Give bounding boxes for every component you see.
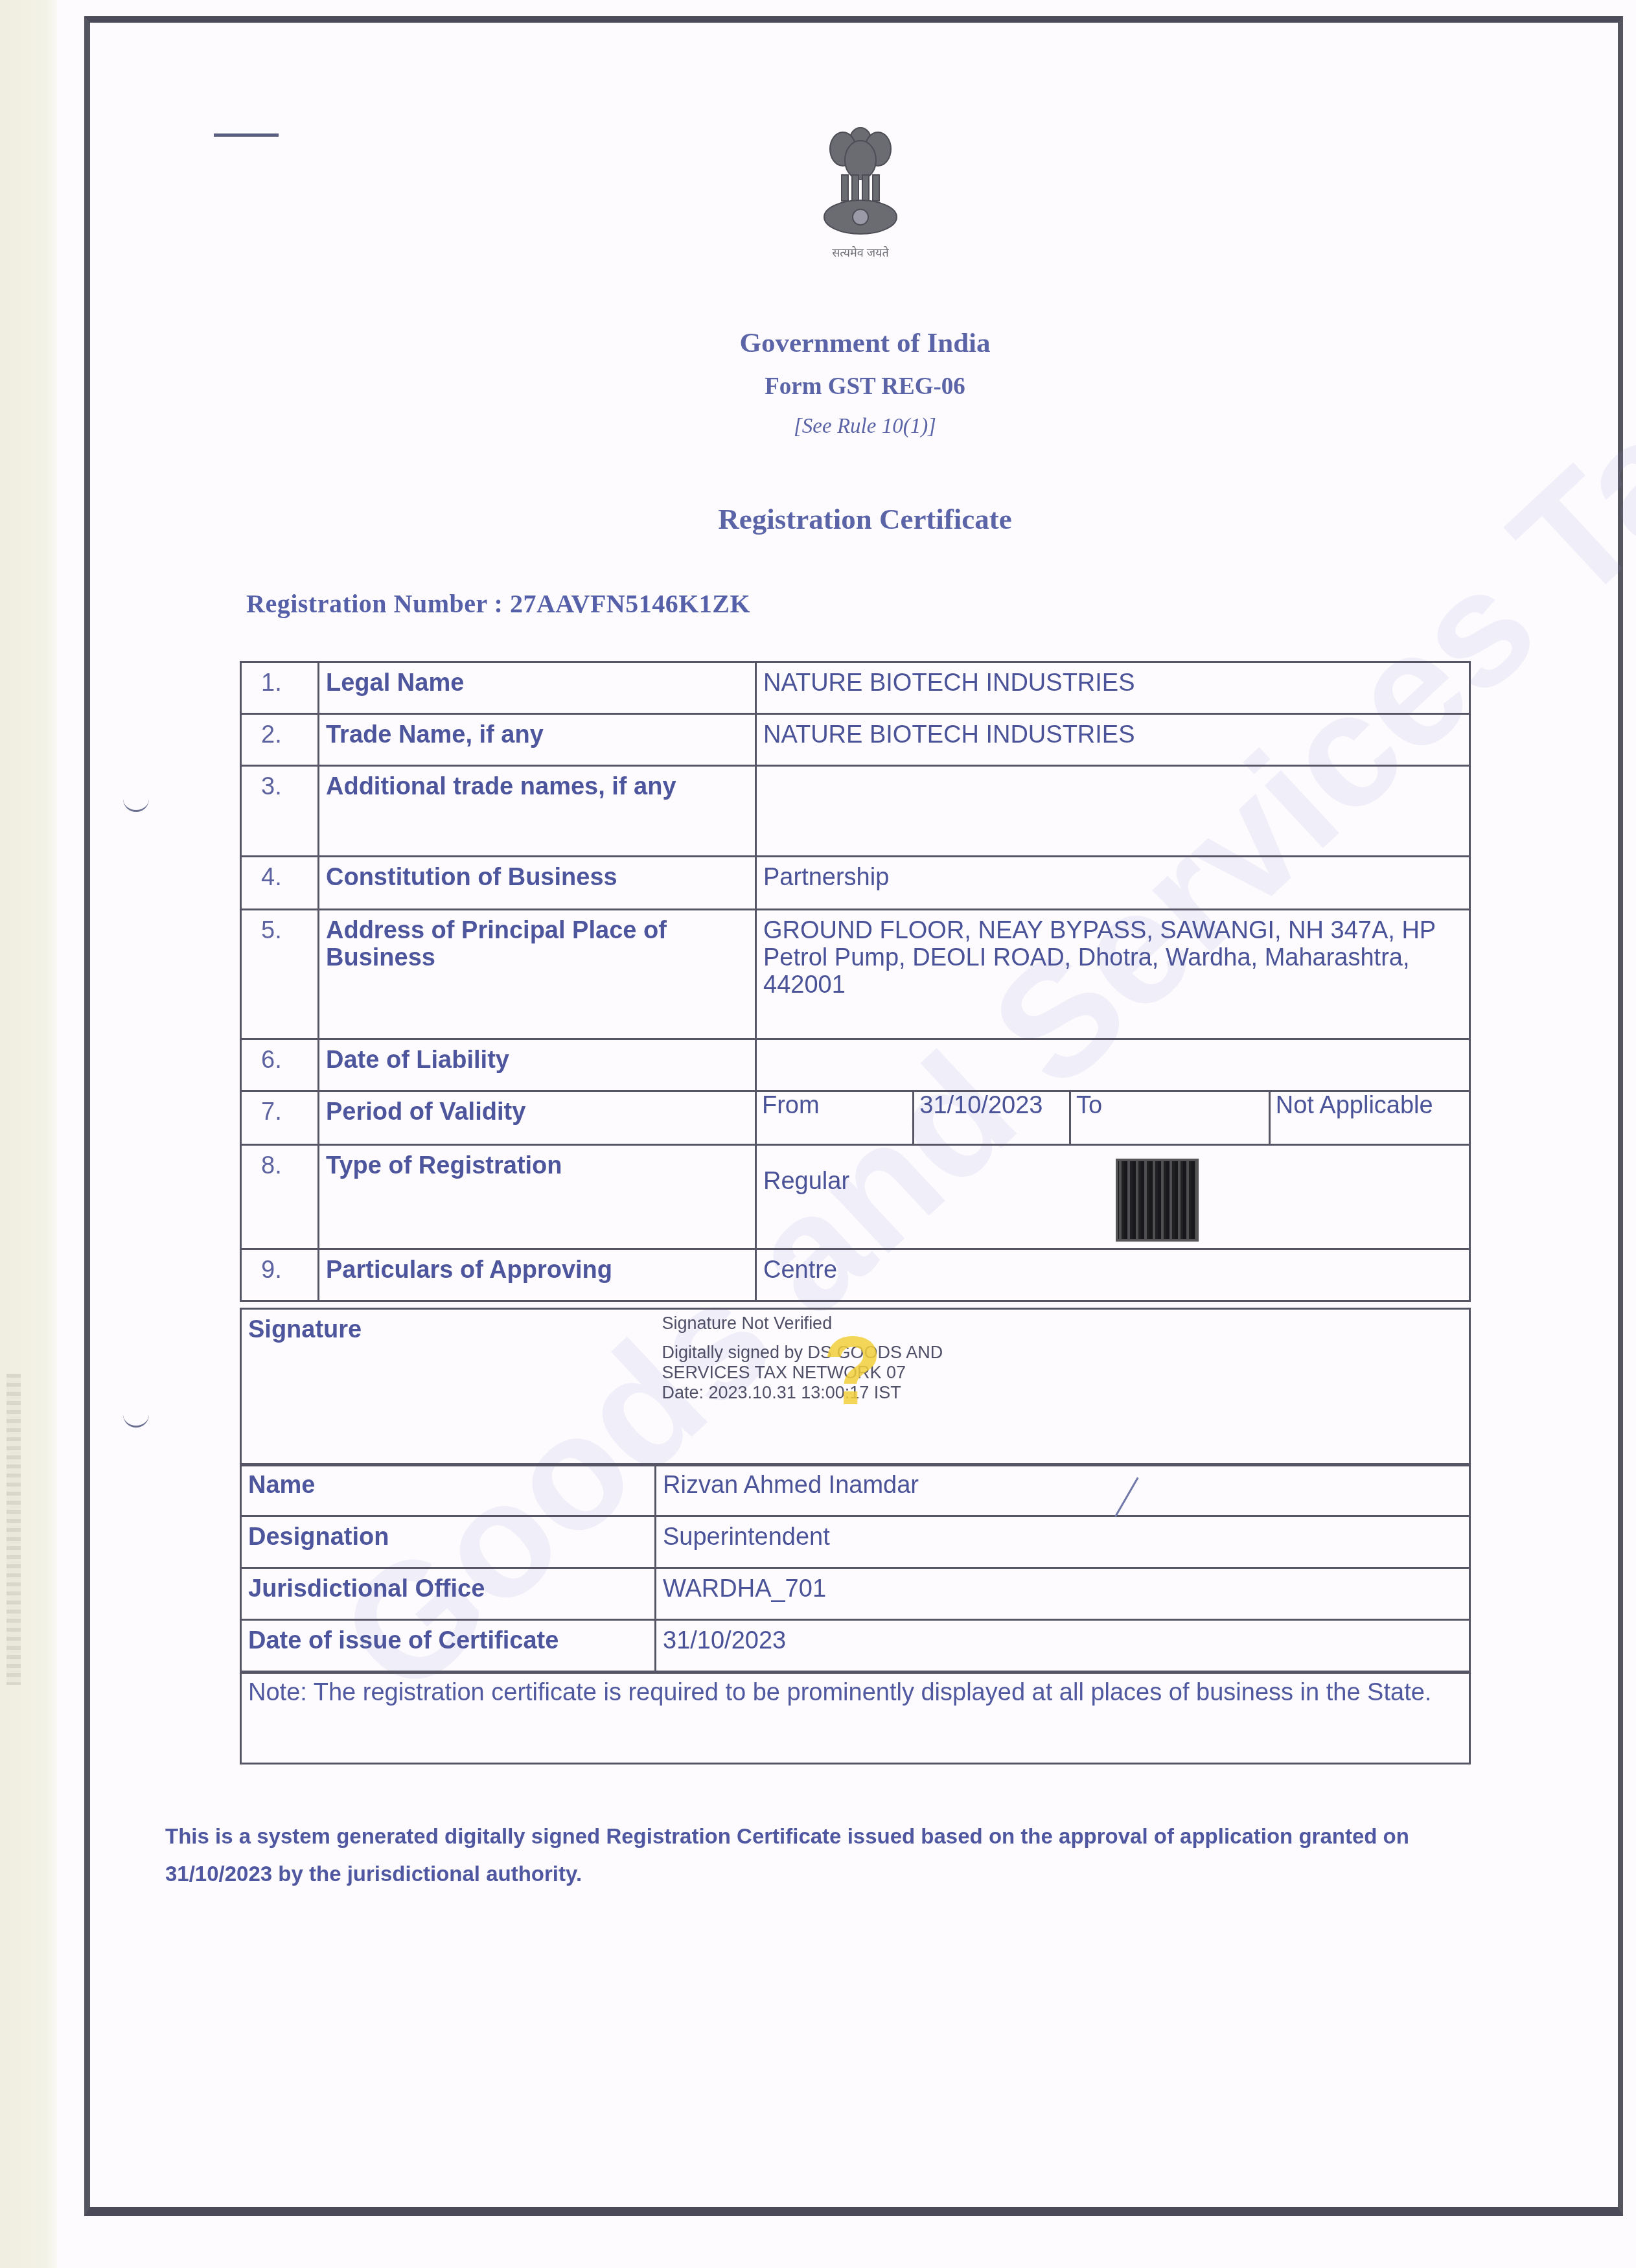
signature-label: Signature [241, 1309, 656, 1466]
officer-label: Designation [241, 1516, 656, 1568]
field-label: Trade Name, if any [319, 714, 756, 766]
rule-reference: [See Rule 10(1)] [0, 415, 1636, 439]
registration-number-label: Registration Number : [246, 589, 503, 618]
row-number: 5. [241, 910, 319, 1039]
field-value: GROUND FLOOR, NEAY BYPASS, SAWANGI, NH 3… [756, 910, 1470, 1039]
pen-mark [214, 133, 279, 137]
validity-to-label: To [1070, 1092, 1270, 1144]
page-title: Registration Certificate [0, 502, 1636, 536]
scan-artifact [6, 1374, 21, 1685]
field-value: NATURE BIOTECH INDUSTRIES [756, 714, 1470, 766]
row-number: 8. [241, 1145, 319, 1249]
row-number: 7. [241, 1091, 319, 1145]
field-label: Additional trade names, if any [319, 766, 756, 857]
table-row: 7. Period of Validity From 31/10/2023 To… [241, 1091, 1470, 1145]
signature-row: Signature Signature Not Verified Digital… [241, 1309, 1470, 1466]
officer-value: Rizvan Ahmed Inamdar [656, 1464, 1470, 1516]
table-row: 8. Type of Registration Regular [241, 1145, 1470, 1249]
signature-signer-line1: Digitally signed by DS GOODS AND [662, 1343, 1463, 1363]
row-number: 9. [241, 1249, 319, 1301]
registration-number: Registration Number : 27AAVFN5146K1ZK [246, 588, 750, 619]
details-table: 1. Legal Name NATURE BIOTECH INDUSTRIES … [240, 661, 1471, 1302]
form-heading: Form GST REG-06 [0, 373, 1636, 400]
row-number: 6. [241, 1039, 319, 1091]
field-value: Partnership [756, 857, 1470, 910]
officer-label: Name [241, 1464, 656, 1516]
table-row: 6. Date of Liability [241, 1039, 1470, 1091]
government-heading: Government of India [0, 327, 1636, 359]
signature-status: Signature Not Verified [662, 1313, 1463, 1334]
field-value [756, 1039, 1470, 1091]
footer-statement: This is a system generated digitally sig… [165, 1818, 1513, 1893]
signature-date: Date: 2023.10.31 13:00:17 IST [662, 1383, 1463, 1403]
note-table: Note: The registration certificate is re… [240, 1672, 1471, 1765]
table-row: 2. Trade Name, if any NATURE BIOTECH IND… [241, 714, 1470, 766]
emblem-motto: सत्यमेव जयते [803, 245, 917, 260]
validity-cell: From 31/10/2023 To Not Applicable [756, 1091, 1470, 1145]
table-row: 5. Address of Principal Place of Busines… [241, 910, 1470, 1039]
row-number: 2. [241, 714, 319, 766]
field-label: Period of Validity [319, 1091, 756, 1145]
registration-type: Regular [763, 1168, 849, 1196]
officer-value: WARDHA_701 [656, 1568, 1470, 1620]
note-text: Note: The registration certificate is re… [241, 1673, 1470, 1764]
qr-code-icon [1116, 1159, 1199, 1242]
digital-signature: Signature Not Verified Digitally signed … [656, 1309, 1470, 1466]
table-row: Date of issue of Certificate 31/10/2023 [241, 1620, 1470, 1672]
validity-from-date: 31/10/2023 [914, 1092, 1070, 1144]
officer-label: Date of issue of Certificate [241, 1620, 656, 1672]
field-label: Particulars of Approving [319, 1249, 756, 1301]
row-number: 4. [241, 857, 319, 910]
validity-from-label: From [757, 1092, 914, 1144]
signature-signer-line2: SERVICES TAX NETWORK 07 [662, 1363, 1463, 1383]
table-row: Designation Superintendent [241, 1516, 1470, 1568]
table-row: Jurisdictional Office WARDHA_701 [241, 1568, 1470, 1620]
validity-subtable: From 31/10/2023 To Not Applicable [757, 1092, 1469, 1144]
field-label: Constitution of Business [319, 857, 756, 910]
table-row: 3. Additional trade names, if any [241, 766, 1470, 857]
officer-label: Jurisdictional Office [241, 1568, 656, 1620]
signature-table: Signature Signature Not Verified Digital… [240, 1308, 1471, 1466]
emblem-icon [818, 113, 903, 243]
field-value: Regular [756, 1145, 1470, 1249]
field-value: NATURE BIOTECH INDUSTRIES [756, 662, 1470, 714]
field-label: Address of Principal Place of Business [319, 910, 756, 1039]
registration-number-value: 27AAVFN5146K1ZK [510, 589, 750, 618]
table-row: Name Rizvan Ahmed Inamdar [241, 1464, 1470, 1516]
table-row: 4. Constitution of Business Partnership [241, 857, 1470, 910]
field-label: Date of Liability [319, 1039, 756, 1091]
table-row: 1. Legal Name NATURE BIOTECH INDUSTRIES [241, 662, 1470, 714]
officer-table: Name Rizvan Ahmed Inamdar Designation Su… [240, 1463, 1471, 1672]
row-number: 1. [241, 662, 319, 714]
officer-value: 31/10/2023 [656, 1620, 1470, 1672]
table-row: 9. Particulars of Approving Centre [241, 1249, 1470, 1301]
row-number: 3. [241, 766, 319, 857]
note-row: Note: The registration certificate is re… [241, 1673, 1470, 1764]
officer-value: Superintendent [656, 1516, 1470, 1568]
field-label: Legal Name [319, 662, 756, 714]
field-value [756, 766, 1470, 857]
validity-to-date: Not Applicable [1269, 1092, 1469, 1144]
field-value: Centre [756, 1249, 1470, 1301]
field-label: Type of Registration [319, 1145, 756, 1249]
